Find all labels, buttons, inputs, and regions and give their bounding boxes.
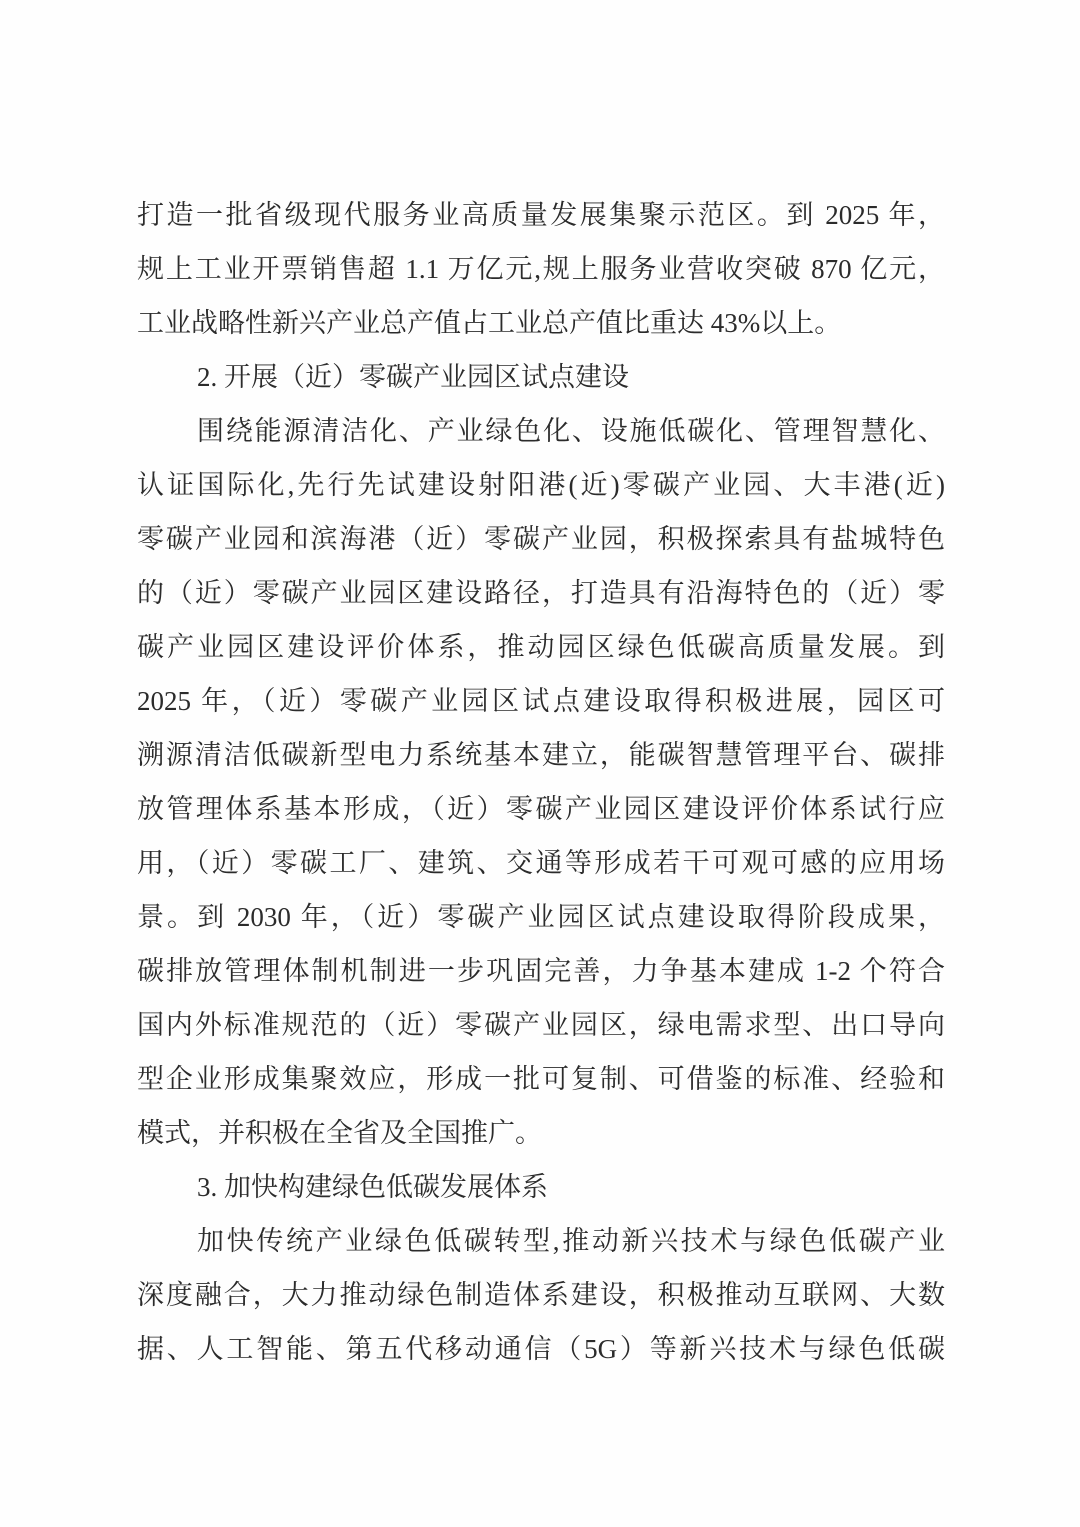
text-line: 型企业形成集聚效应，形成一批可复制、可借鉴的标准、经验和 xyxy=(137,1052,945,1106)
heading-section-3: 3. 加快构建绿色低碳发展体系 xyxy=(137,1160,945,1214)
document-text-block: 打造一批省级现代服务业高质量发展集聚示范区。到 2025 年， 规上工业开票销售… xyxy=(137,188,945,1376)
paragraph-first-line: 围绕能源清洁化、产业绿色化、设施低碳化、管理智慧化、 xyxy=(137,404,945,458)
text-line: 据、人工智能、第五代移动通信（5G）等新兴技术与绿色低碳 xyxy=(137,1322,945,1376)
heading-section-2: 2. 开展（近）零碳产业园区试点建设 xyxy=(137,350,945,404)
text-line: 零碳产业园和滨海港（近）零碳产业园，积极探索具有盐城特色 xyxy=(137,512,945,566)
text-line: 的（近）零碳产业园区建设路径，打造具有沿海特色的（近）零 xyxy=(137,566,945,620)
document-page: 打造一批省级现代服务业高质量发展集聚示范区。到 2025 年， 规上工业开票销售… xyxy=(0,0,1080,1527)
text-line: 规上工业开票销售超 1.1 万亿元,规上服务业营收突破 870 亿元， xyxy=(137,242,945,296)
text-line: 用，（近）零碳工厂、建筑、交通等形成若干可观可感的应用场 xyxy=(137,836,945,890)
paragraph-first-line: 加快传统产业绿色低碳转型,推动新兴技术与绿色低碳产业 xyxy=(137,1214,945,1268)
paragraph-end-line: 工业战略性新兴产业总产值占工业总产值比重达 43%以上。 xyxy=(137,296,945,350)
text-line: 认证国际化,先行先试建设射阳港(近)零碳产业园、大丰港(近) xyxy=(137,458,945,512)
text-line: 景。到 2030 年，（近）零碳产业园区试点建设取得阶段成果， xyxy=(137,890,945,944)
text-line: 溯源清洁低碳新型电力系统基本建立，能碳智慧管理平台、碳排 xyxy=(137,728,945,782)
text-line: 打造一批省级现代服务业高质量发展集聚示范区。到 2025 年， xyxy=(137,188,945,242)
text-line: 国内外标准规范的（近）零碳产业园区，绿电需求型、出口导向 xyxy=(137,998,945,1052)
text-line: 放管理体系基本形成，（近）零碳产业园区建设评价体系试行应 xyxy=(137,782,945,836)
text-line: 2025 年，（近）零碳产业园区试点建设取得积极进展，园区可 xyxy=(137,674,945,728)
paragraph-end-line: 模式，并积极在全省及全国推广。 xyxy=(137,1106,945,1160)
text-line: 碳产业园区建设评价体系，推动园区绿色低碳高质量发展。到 xyxy=(137,620,945,674)
text-line: 深度融合，大力推动绿色制造体系建设，积极推动互联网、大数 xyxy=(137,1268,945,1322)
text-line: 碳排放管理体制机制进一步巩固完善，力争基本建成 1-2 个符合 xyxy=(137,944,945,998)
